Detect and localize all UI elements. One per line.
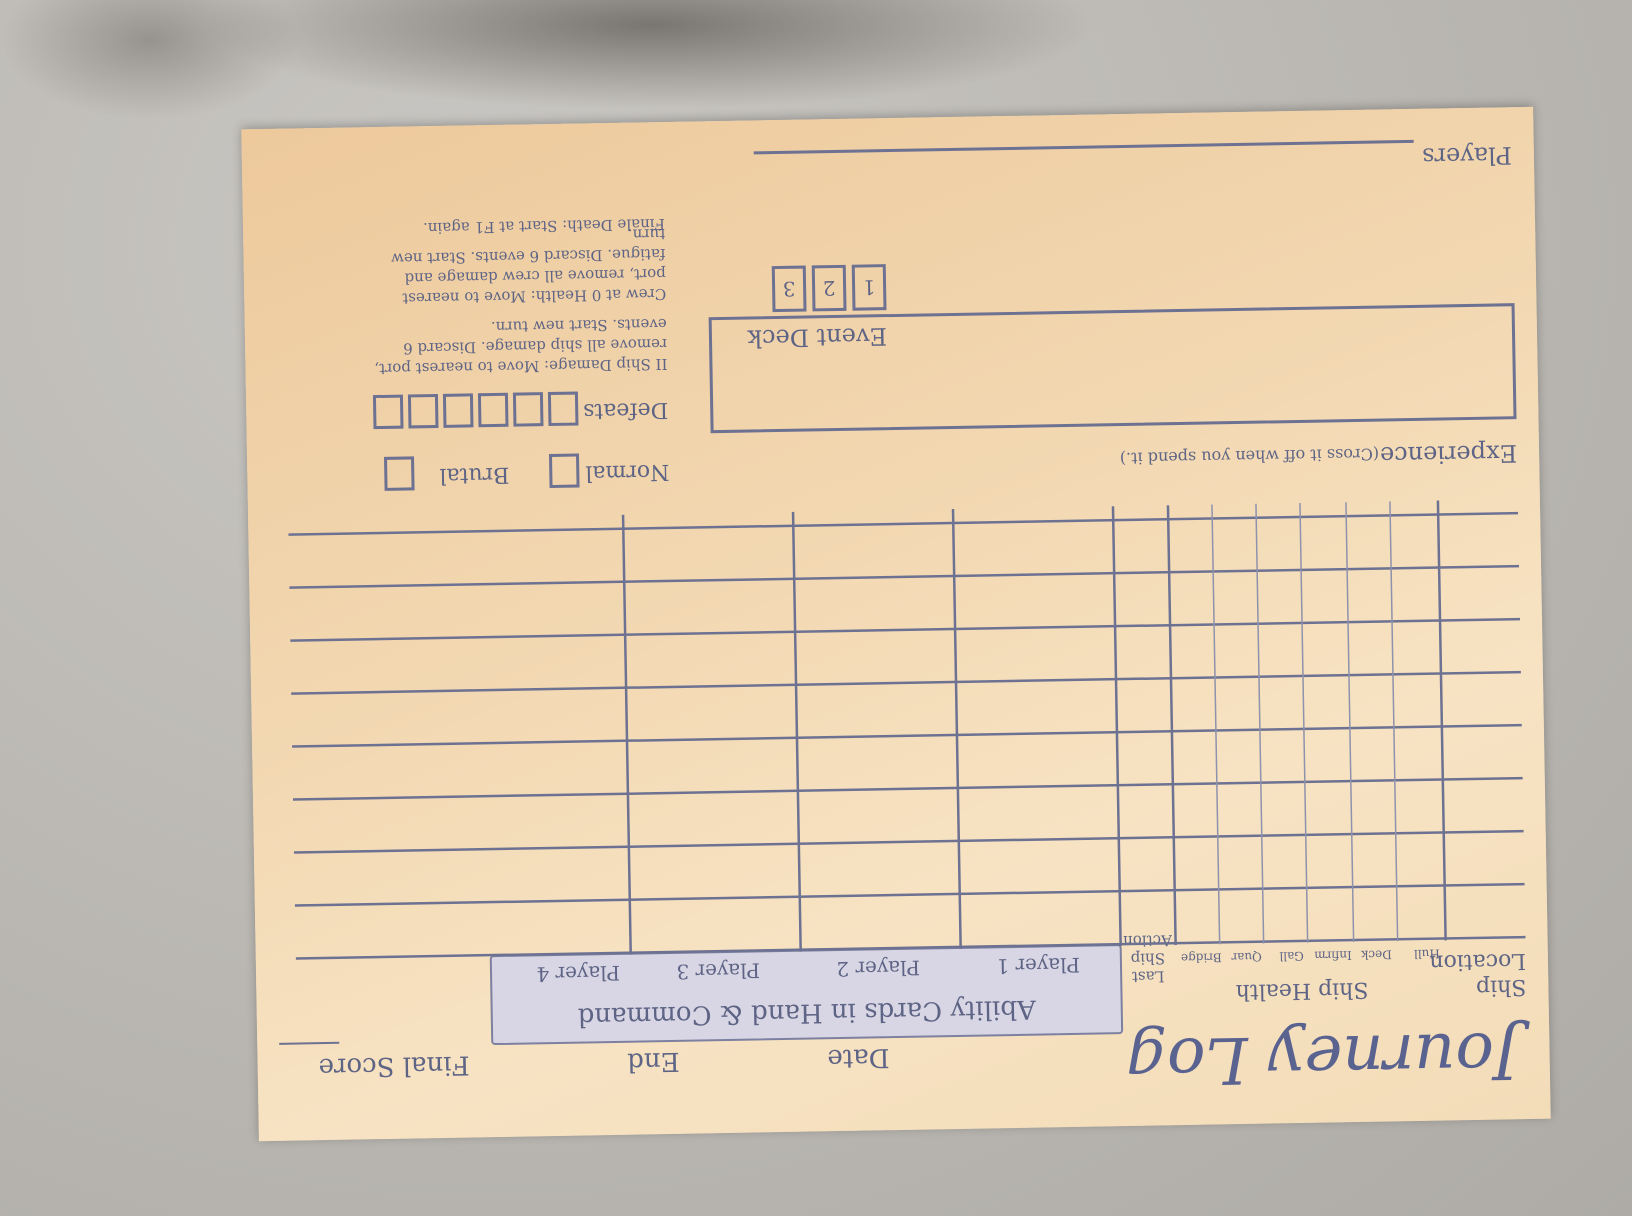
date-label: Date — [827, 1042, 890, 1073]
event-deck-box-1[interactable]: 1 — [852, 264, 887, 311]
final-score-label: Final Score — [318, 1050, 470, 1083]
ship-location-header: Ship Location — [1446, 947, 1527, 1000]
defeat-checkbox[interactable] — [443, 393, 474, 428]
sheet-title: Journey Log — [1125, 1017, 1520, 1098]
log-table-grid[interactable] — [288, 499, 1525, 960]
shadow — [200, 0, 1100, 110]
player-2-header: Player 2 — [836, 956, 920, 981]
brutal-checkbox[interactable] — [384, 456, 415, 491]
players-label: Players — [1422, 141, 1512, 171]
player-4-header: Player 4 — [536, 961, 620, 986]
defeat-checkbox[interactable] — [373, 395, 404, 430]
defeats-label: Defeats — [583, 397, 669, 423]
infirm-header: Infirm — [1314, 948, 1352, 963]
shadow — [0, 0, 300, 120]
normal-label: Normal — [585, 459, 669, 485]
defeat-checkbox[interactable] — [408, 394, 439, 429]
ship-health-header: Ship Health — [1236, 977, 1369, 1004]
brutal-label: Brutal — [439, 462, 509, 488]
event-deck-box-2[interactable]: 2 — [812, 265, 847, 312]
defeat-checkbox[interactable] — [548, 392, 579, 427]
hull-header: Hull — [1414, 947, 1440, 961]
defeat-checkbox[interactable] — [478, 393, 509, 428]
final-score-field[interactable] — [279, 1042, 339, 1045]
quar-header: Quar — [1231, 950, 1262, 965]
player-3-header: Player 3 — [676, 958, 760, 983]
experience-note: (Cross it off when you spend it.) — [1120, 445, 1380, 469]
player-1-header: Player 1 — [996, 953, 1080, 978]
players-field[interactable] — [754, 140, 1414, 155]
event-deck-label: Event Deck — [747, 322, 887, 352]
ability-cards-banner: Ability Cards in Hand & Command Player 1… — [490, 944, 1123, 1045]
defeat-checkbox[interactable] — [513, 392, 544, 427]
gall-header: Gall — [1279, 949, 1304, 963]
end-label: End — [627, 1046, 680, 1077]
bridge-header: Bridge — [1181, 950, 1222, 965]
event-deck-box-3[interactable]: 3 — [772, 266, 807, 313]
experience-label: Experience — [1380, 439, 1518, 469]
deck-header: Deck — [1361, 947, 1392, 962]
banner-title: Ability Cards in Hand & Command — [493, 992, 1121, 1033]
rule-ship-damage: II Ship Damage: Move to nearest port, re… — [367, 314, 668, 379]
normal-checkbox[interactable] — [549, 454, 580, 489]
journey-log-sheet: Journey Log Date End Final Score Ship Lo… — [241, 107, 1550, 1141]
